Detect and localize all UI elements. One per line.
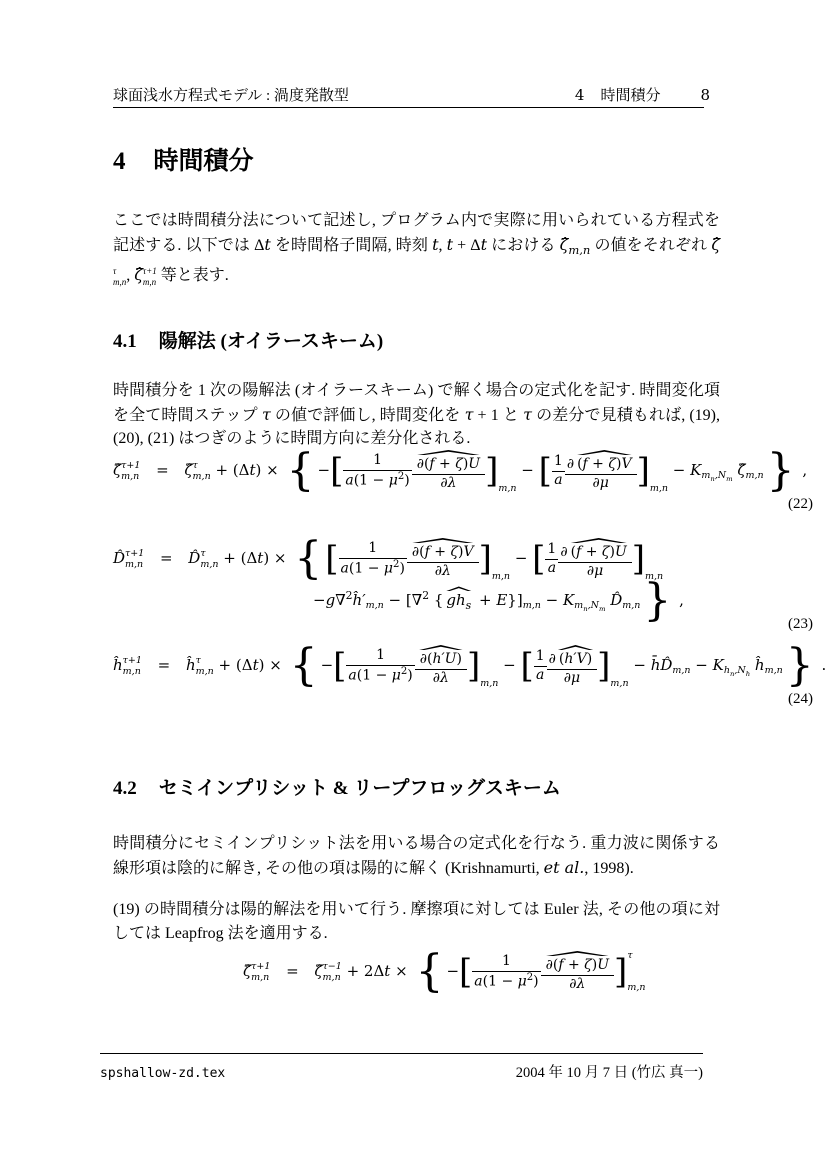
subsection-41-number: 4.1 [113, 331, 137, 352]
equation-22-body: ζ̂τ+1m,n=ζ̂τm,n + (Δt) × {−[1a(1 − μ2)∂(… [113, 450, 813, 494]
header-rule [113, 107, 704, 108]
subsection-42-title: セミインプリシット & リープフロッグスキーム [159, 778, 561, 799]
header-section-number: 4 [575, 86, 585, 104]
equation-23-line2: −g∇2ĥ′m,n − [∇2 {ghs + E}]m,n − Kmn,Nm D… [313, 586, 813, 613]
document-page: 球面浅水方程式モデル : 渦度発散型 4 時間積分 8 4時間積分 ここでは時間… [0, 0, 826, 1169]
equation-24: ĥτ+1m,n=ĥτm,n + (Δt) × {−[1a(1 − μ2)∂(h′… [113, 645, 813, 708]
footer-rule [100, 1053, 703, 1054]
header-doc-title: 球面浅水方程式モデル : 渦度発散型 [113, 84, 349, 105]
equation-22-label: (22) [113, 496, 813, 513]
footer-filename: spshallow-zd.tex [100, 1066, 225, 1081]
page-footer: spshallow-zd.tex 2004 年 10 月 7 日 (竹広 真一) [100, 1061, 703, 1082]
equation-23: D̂τ+1m,n=D̂τm,n + (Δt) × {[1a(1 − μ2)∂(f… [113, 538, 813, 633]
equation-24-label: (24) [113, 691, 813, 708]
equation-23-line1: D̂τ+1m,n=D̂τm,n + (Δt) × {[1a(1 − μ2)∂(f… [113, 538, 813, 582]
page-number: 8 [700, 86, 710, 104]
equation-23-label: (23) [113, 616, 813, 633]
header-section-title: 時間積分 [600, 84, 660, 105]
subsection-41-title: 陽解法 (オイラースキーム) [159, 331, 384, 352]
page-header: 球面浅水方程式モデル : 渦度発散型 4 時間積分 8 [113, 84, 710, 105]
paragraph-semiimplicit: 時間積分にセミインプリシット法を用いる場合の定式化を行なう. 重力波に関係する線… [113, 832, 720, 880]
equation-24-body: ĥτ+1m,n=ĥτm,n + (Δt) × {−[1a(1 − μ2)∂(h′… [113, 645, 813, 689]
paragraph-intro: ここでは時間積分法について記述し, プログラム内で実際に用いられている方程式を記… [113, 209, 720, 288]
paragraph-leapfrog: (19) の時間積分は陽的解法を用いて行う. 摩擦項に対しては Euler 法,… [113, 898, 720, 945]
section-heading: 4時間積分 [113, 141, 254, 177]
equation-continued-body: ζ̂τ+1m,n=ζ̂τ−1m,n + 2Δt × {−[1a(1 − μ2)∂… [243, 951, 826, 993]
equation-continued: ζ̂τ+1m,n=ζ̂τ−1m,n + 2Δt × {−[1a(1 − μ2)∂… [243, 951, 826, 993]
subsection-heading-42: 4.2セミインプリシット & リープフロッグスキーム [113, 773, 561, 800]
section-number: 4 [113, 148, 126, 175]
equation-22: ζ̂τ+1m,n=ζ̂τm,n + (Δt) × {−[1a(1 − μ2)∂(… [113, 450, 813, 513]
paragraph-euler: 時間積分を 1 次の陽解法 (オイラースキーム) で解く場合の定式化を記す. 時… [113, 379, 720, 451]
subsection-heading-41: 4.1陽解法 (オイラースキーム) [113, 326, 383, 353]
section-title: 時間積分 [154, 148, 254, 175]
header-section-ref: 4 時間積分 8 [575, 84, 710, 105]
subsection-42-number: 4.2 [113, 778, 137, 799]
footer-date-author: 2004 年 10 月 7 日 (竹広 真一) [516, 1061, 703, 1082]
